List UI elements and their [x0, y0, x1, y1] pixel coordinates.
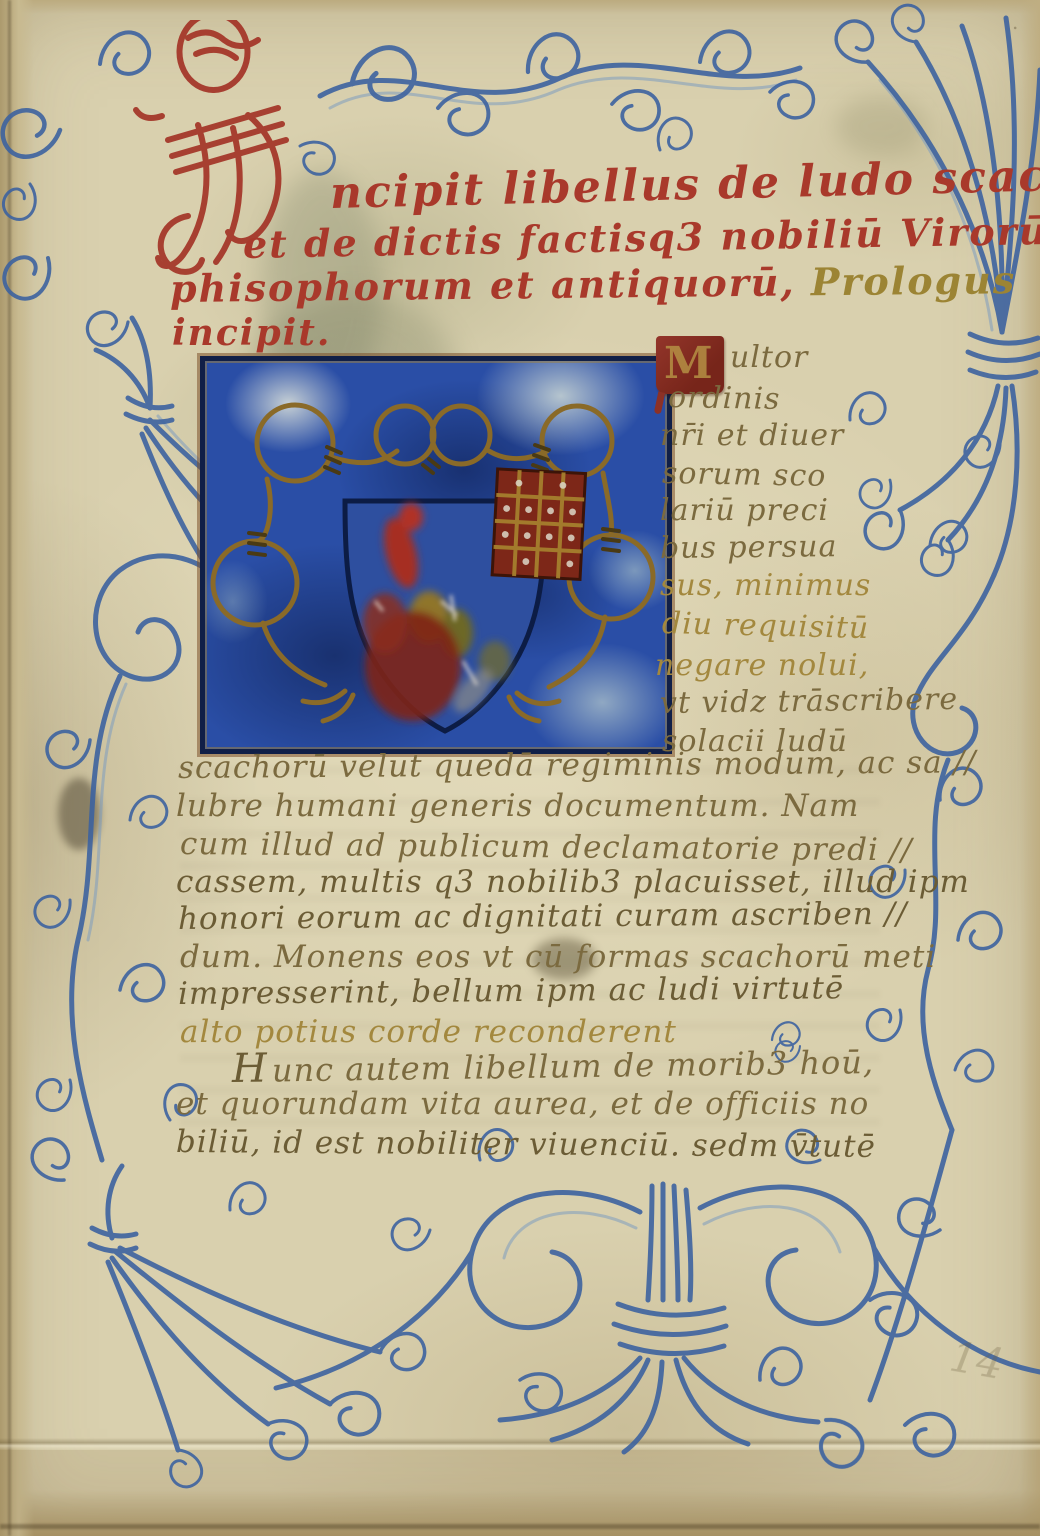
column-line: vt vidz trāscribere: [660, 682, 959, 721]
paragraph2-line-3: biliū, id est nobiliter viuenciū. sedm v…: [176, 1124, 876, 1165]
main-text-line: lubre humani generis documentum. Nam: [176, 788, 859, 824]
paragraph2-line-2: et quorundam vita aurea, et de officiis …: [176, 1086, 869, 1122]
main-text-line: scachorū velut quedā regiminis modum, ac…: [178, 744, 977, 786]
column-line: nr̄i et diuer: [660, 418, 844, 453]
paragraph2-line-1: Hunc autem libellum de morib3 hoū,: [232, 1037, 875, 1092]
column-line: negare nolui,: [655, 648, 869, 683]
rubric-line-3: phisophorum et antiquorū, Prologus: [170, 257, 1017, 311]
armorial-miniature: [200, 356, 672, 754]
main-text-line: cum illud ad publicum declamatorie predi…: [180, 826, 913, 868]
corner-mark: .: [1012, 10, 1018, 34]
paragraph2-line-1-text: unc autem libellum de morib3 hoū,: [272, 1043, 875, 1089]
main-text-line: impresserint, bellum ipm ac ludi virtutē: [178, 970, 845, 1012]
main-text-line: cassem, multis q3 nobilib3 placuisset, i…: [176, 864, 970, 900]
rubric-line-3-text: phisophorum et antiquorū,: [170, 259, 796, 311]
column-line: ultor: [730, 340, 808, 375]
manuscript-page: ncipit libellus de ludo scachor et de di…: [0, 0, 1040, 1536]
checky-banner: [492, 469, 585, 579]
column-line: sus, minimus: [660, 568, 871, 603]
column-line: bus persua: [660, 529, 838, 566]
column-line: sorum sco: [662, 456, 827, 494]
rubric-prologus-gold: Prologus: [811, 257, 1017, 304]
column-line: ordinis: [668, 380, 781, 417]
column-line: lariū preci: [660, 493, 829, 528]
miniature-art: [205, 361, 657, 739]
rubric-line-4: incipit.: [172, 312, 331, 354]
folio-mark: 14: [946, 1332, 1007, 1390]
main-text-line: honori eorum ac dignitati curam ascriben…: [178, 896, 908, 937]
column-line: diu requisitū: [662, 606, 870, 646]
